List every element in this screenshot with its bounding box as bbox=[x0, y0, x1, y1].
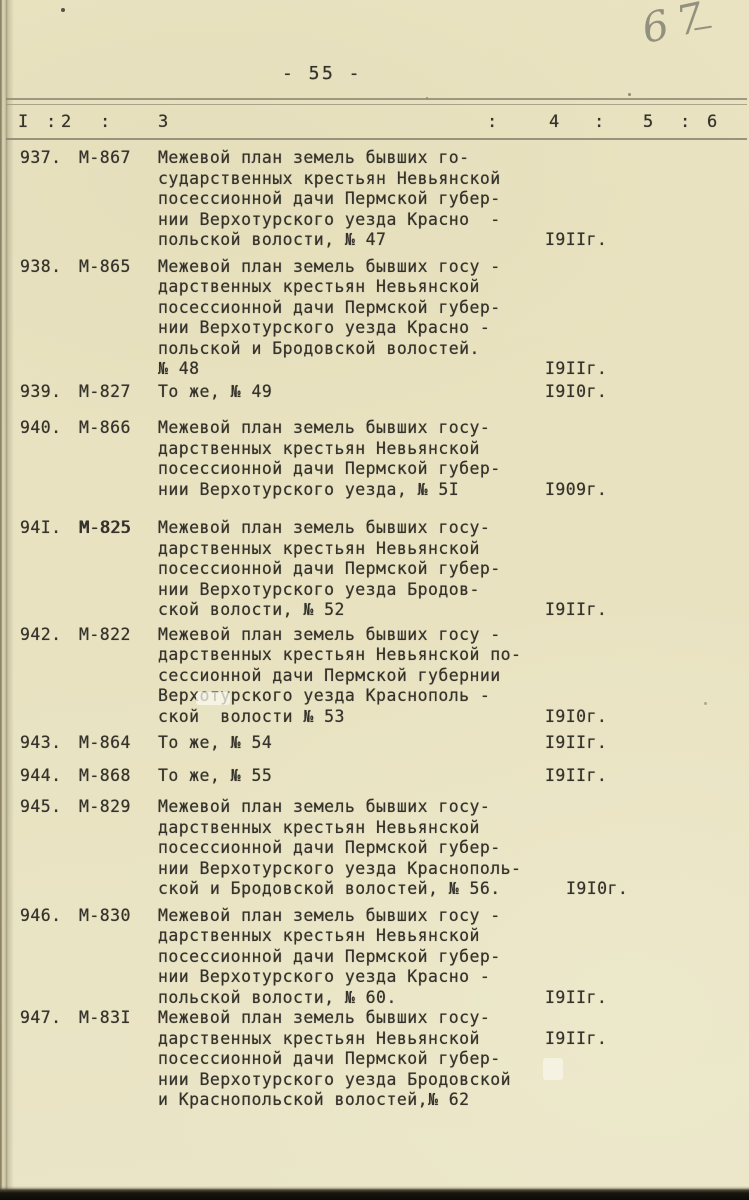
entry-code: М-864 bbox=[79, 733, 131, 754]
header-divider: : bbox=[100, 112, 110, 132]
entry-year: I909г. bbox=[545, 480, 607, 501]
entry-code: М-83I bbox=[79, 1008, 131, 1029]
header-cell-5: 5 bbox=[643, 112, 653, 132]
header-cell-6: 6 bbox=[707, 112, 717, 132]
table-row: 945. М-829 Межевой план земель бывших го… bbox=[0, 797, 749, 900]
entry-code: М-827 bbox=[79, 382, 131, 403]
header-divider: : bbox=[487, 112, 497, 132]
table-row: 939. М-827 То же, № 49 I9I0г. bbox=[0, 382, 749, 403]
entry-number: 940. bbox=[20, 418, 62, 439]
entry-number: 937. bbox=[20, 148, 62, 169]
header-divider: : bbox=[594, 112, 604, 132]
header-cell-2: 2 bbox=[61, 112, 71, 132]
inventory-table: 937. М-867 Межевой план земель бывших го… bbox=[0, 148, 749, 1111]
entry-number: 946. bbox=[20, 906, 62, 927]
entry-year: I9IIг. bbox=[545, 230, 607, 251]
entry-number: 942. bbox=[20, 625, 62, 646]
entry-code: М-867 bbox=[79, 148, 131, 169]
header-cell-4: 4 bbox=[549, 112, 559, 132]
entry-number: 944. bbox=[20, 766, 62, 787]
header-cell-1: I bbox=[18, 112, 28, 132]
entry-description: Межевой план земель бывших госу -дарстве… bbox=[158, 625, 749, 728]
entry-year: I9IIг. bbox=[545, 988, 607, 1009]
table-row: 946. М-830 Межевой план земель бывших го… bbox=[0, 906, 749, 1009]
page-number: - 55 - bbox=[282, 63, 362, 84]
entry-description: Межевой план земель бывших госу -дарстве… bbox=[158, 906, 749, 1009]
entry-number: 947. bbox=[20, 1008, 62, 1029]
entry-year: I9IIг. bbox=[545, 359, 607, 380]
entry-description: Межевой план земель бывших госу-дарствен… bbox=[158, 518, 749, 621]
entry-description: Межевой план земель бывших госу-дарствен… bbox=[158, 1008, 749, 1111]
entry-code: М-822 bbox=[79, 625, 131, 646]
entry-year: I9I0г. bbox=[566, 879, 628, 900]
entry-number: 938. bbox=[20, 257, 62, 278]
entry-number: 943. bbox=[20, 733, 62, 754]
entry-code: М-866 bbox=[79, 418, 131, 439]
entry-code: М-829 bbox=[79, 797, 131, 818]
entry-number: 94I. bbox=[20, 518, 62, 539]
entry-code: М-825 bbox=[79, 518, 131, 539]
entry-description: То же, № 49 bbox=[158, 382, 749, 403]
entry-year: I9IIг. bbox=[545, 766, 607, 787]
entry-description: Межевой план земель бывших госу -дарстве… bbox=[158, 257, 749, 380]
entry-year: I9IIг. bbox=[545, 733, 607, 754]
entry-description: То же, № 55 bbox=[158, 766, 749, 787]
table-row: 94I. М-825 Межевой план земель бывших го… bbox=[0, 518, 749, 621]
entry-year: I9IIг. bbox=[545, 1029, 607, 1050]
entry-description: Межевой план земель бывших го-сударствен… bbox=[158, 148, 749, 251]
entry-year: I9IIг. bbox=[545, 600, 607, 621]
header-divider: : bbox=[46, 112, 56, 132]
entry-year: I9I0г. bbox=[545, 382, 607, 403]
entry-code: М-865 bbox=[79, 257, 131, 278]
entry-description: То же, № 54 bbox=[158, 733, 749, 754]
entry-code: М-868 bbox=[79, 766, 131, 787]
header-cell-3: 3 bbox=[158, 112, 168, 132]
entry-number: 939. bbox=[20, 382, 62, 403]
table-row: 942. М-822 Межевой план земель бывших го… bbox=[0, 625, 749, 728]
entry-description: Межевой план земель бывших госу-дарствен… bbox=[158, 797, 749, 900]
header-divider: : bbox=[680, 112, 690, 132]
table-row: 940. М-866 Межевой план земель бывших го… bbox=[0, 418, 749, 500]
table-row: 947. М-83I Межевой план земель бывших го… bbox=[0, 1008, 749, 1111]
entry-year: I9I0г. bbox=[545, 707, 607, 728]
entry-description: Межевой план земель бывших госу-дарствен… bbox=[158, 418, 749, 500]
table-row: 943. М-864 То же, № 54 I9IIг. bbox=[0, 733, 749, 754]
table-row: 944. М-868 То же, № 55 I9IIг. bbox=[0, 766, 749, 787]
entry-number: 945. bbox=[20, 797, 62, 818]
entry-code: М-830 bbox=[79, 906, 131, 927]
table-row: 938. М-865 Межевой план земель бывших го… bbox=[0, 257, 749, 380]
table-row: 937. М-867 Межевой план земель бывших го… bbox=[0, 148, 749, 251]
